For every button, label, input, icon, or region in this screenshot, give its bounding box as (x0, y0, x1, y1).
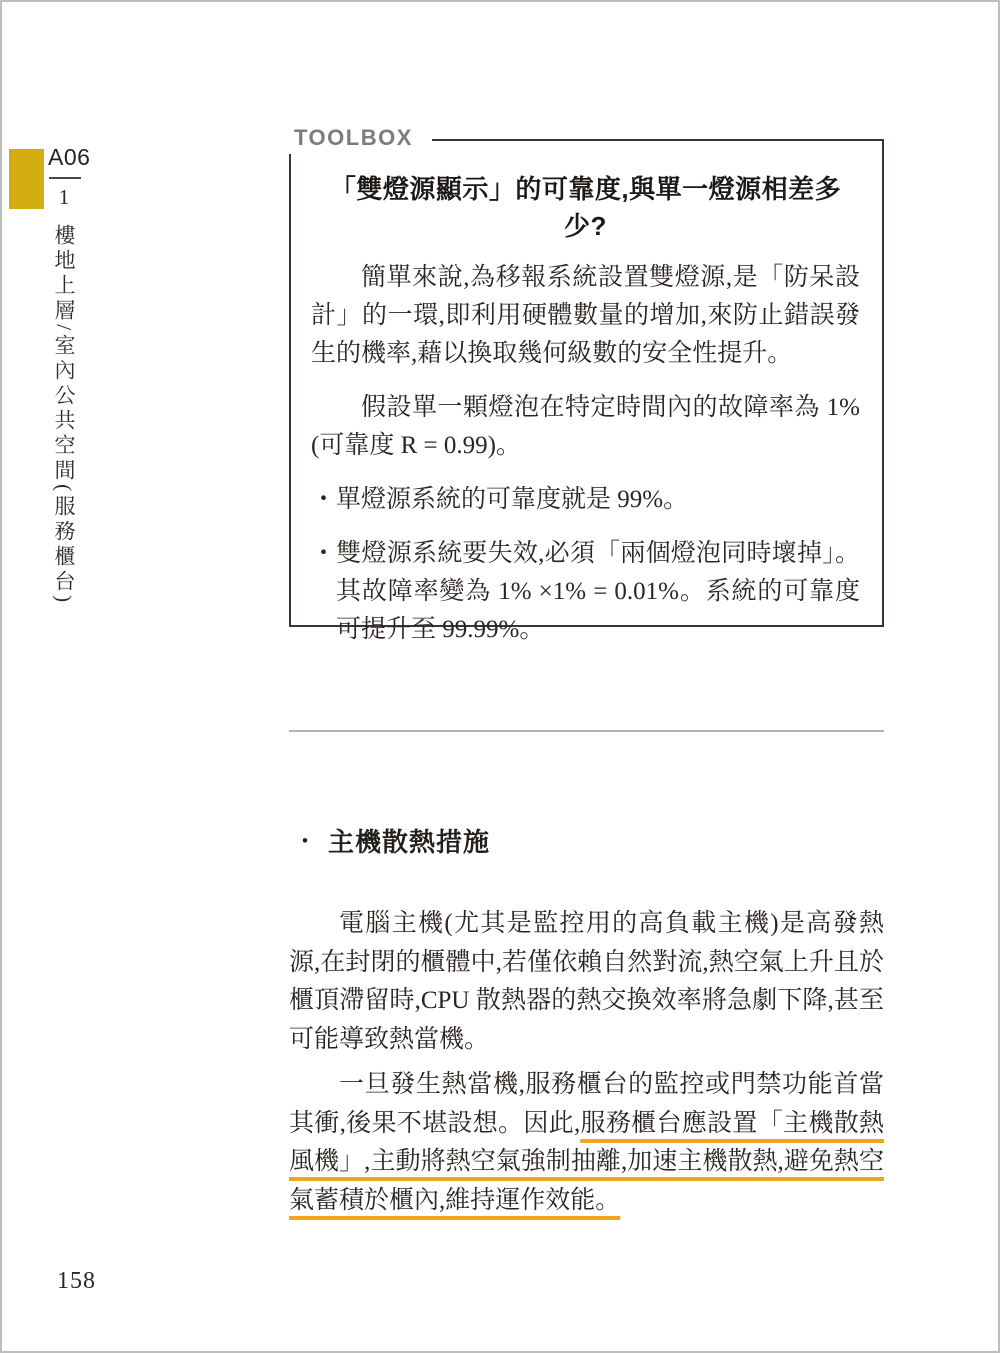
toolbox-paragraph-1: 簡單來說,為移報系統設置雙燈源,是「防呆設計」的一環,即利用硬體數量的增加,來防… (311, 259, 860, 373)
toolbox-border-top (432, 139, 882, 141)
book-page: A06 1 樓地上層/室內公共空間(服務櫃台) TOOLBOX 「雙燈源顯示」的… (0, 0, 1000, 1353)
section-paragraph-2: 一旦發生熱當機,服務櫃台的監控或門禁功能首當其衝,後果不堪設想。因此,服務櫃台應… (289, 1066, 884, 1220)
toolbox-bullet-1-text: 單燈源系統的可靠度就是 99%。 (336, 486, 688, 513)
chapter-code-rule (49, 177, 81, 179)
section-heading-text: 主機散熱措施 (328, 827, 490, 857)
chapter-title-vertical: 1 樓地上層/室內公共空間(服務櫃台) (49, 185, 79, 825)
heading-bullet-icon: ・ (295, 831, 316, 853)
bullet-dot-icon: ・ (311, 481, 336, 519)
toolbox-bullet-2-text: 雙燈源系統要失效,必須「兩個燈泡同時壞掉」。其故障率變為 1% ×1% = 0.… (336, 540, 860, 643)
toolbox-title: 「雙燈源顯示」的可靠度,與單一燈源相差多少? (309, 169, 862, 243)
section-heading: ・主機散熱措施 (295, 822, 490, 859)
page-number: 158 (57, 1268, 96, 1295)
toolbox-paragraph-2: 假設單一顆燈泡在特定時間內的故障率為 1%(可靠度 R = 0.99)。 (311, 389, 860, 465)
toolbox-bullet-1: ・單燈源系統的可靠度就是 99%。 (311, 481, 860, 519)
section-divider (289, 730, 884, 732)
bullet-dot-icon: ・ (311, 535, 336, 573)
chapter-code: A06 (48, 144, 90, 171)
section-paragraph-1: 電腦主機(尤其是監控用的高負載主機)是高發熱源,在封閉的櫃體中,若僅依賴自然對流… (289, 905, 884, 1059)
toolbox-border-left (289, 154, 291, 625)
chapter-title-text: 樓地上層/室內公共空間(服務櫃台) (52, 224, 76, 606)
chapter-number: 1 (52, 185, 76, 215)
toolbox-label: TOOLBOX (294, 125, 413, 151)
toolbox-bullet-2: ・雙燈源系統要失效,必須「兩個燈泡同時壞掉」。其故障率變為 1% ×1% = 0… (311, 535, 860, 649)
toolbox-body: 簡單來說,為移報系統設置雙燈源,是「防呆設計」的一環,即利用硬體數量的增加,來防… (311, 259, 860, 649)
toolbox-callout: TOOLBOX 「雙燈源顯示」的可靠度,與單一燈源相差多少? 簡單來說,為移報系… (289, 139, 884, 627)
chapter-accent-square (9, 149, 44, 209)
